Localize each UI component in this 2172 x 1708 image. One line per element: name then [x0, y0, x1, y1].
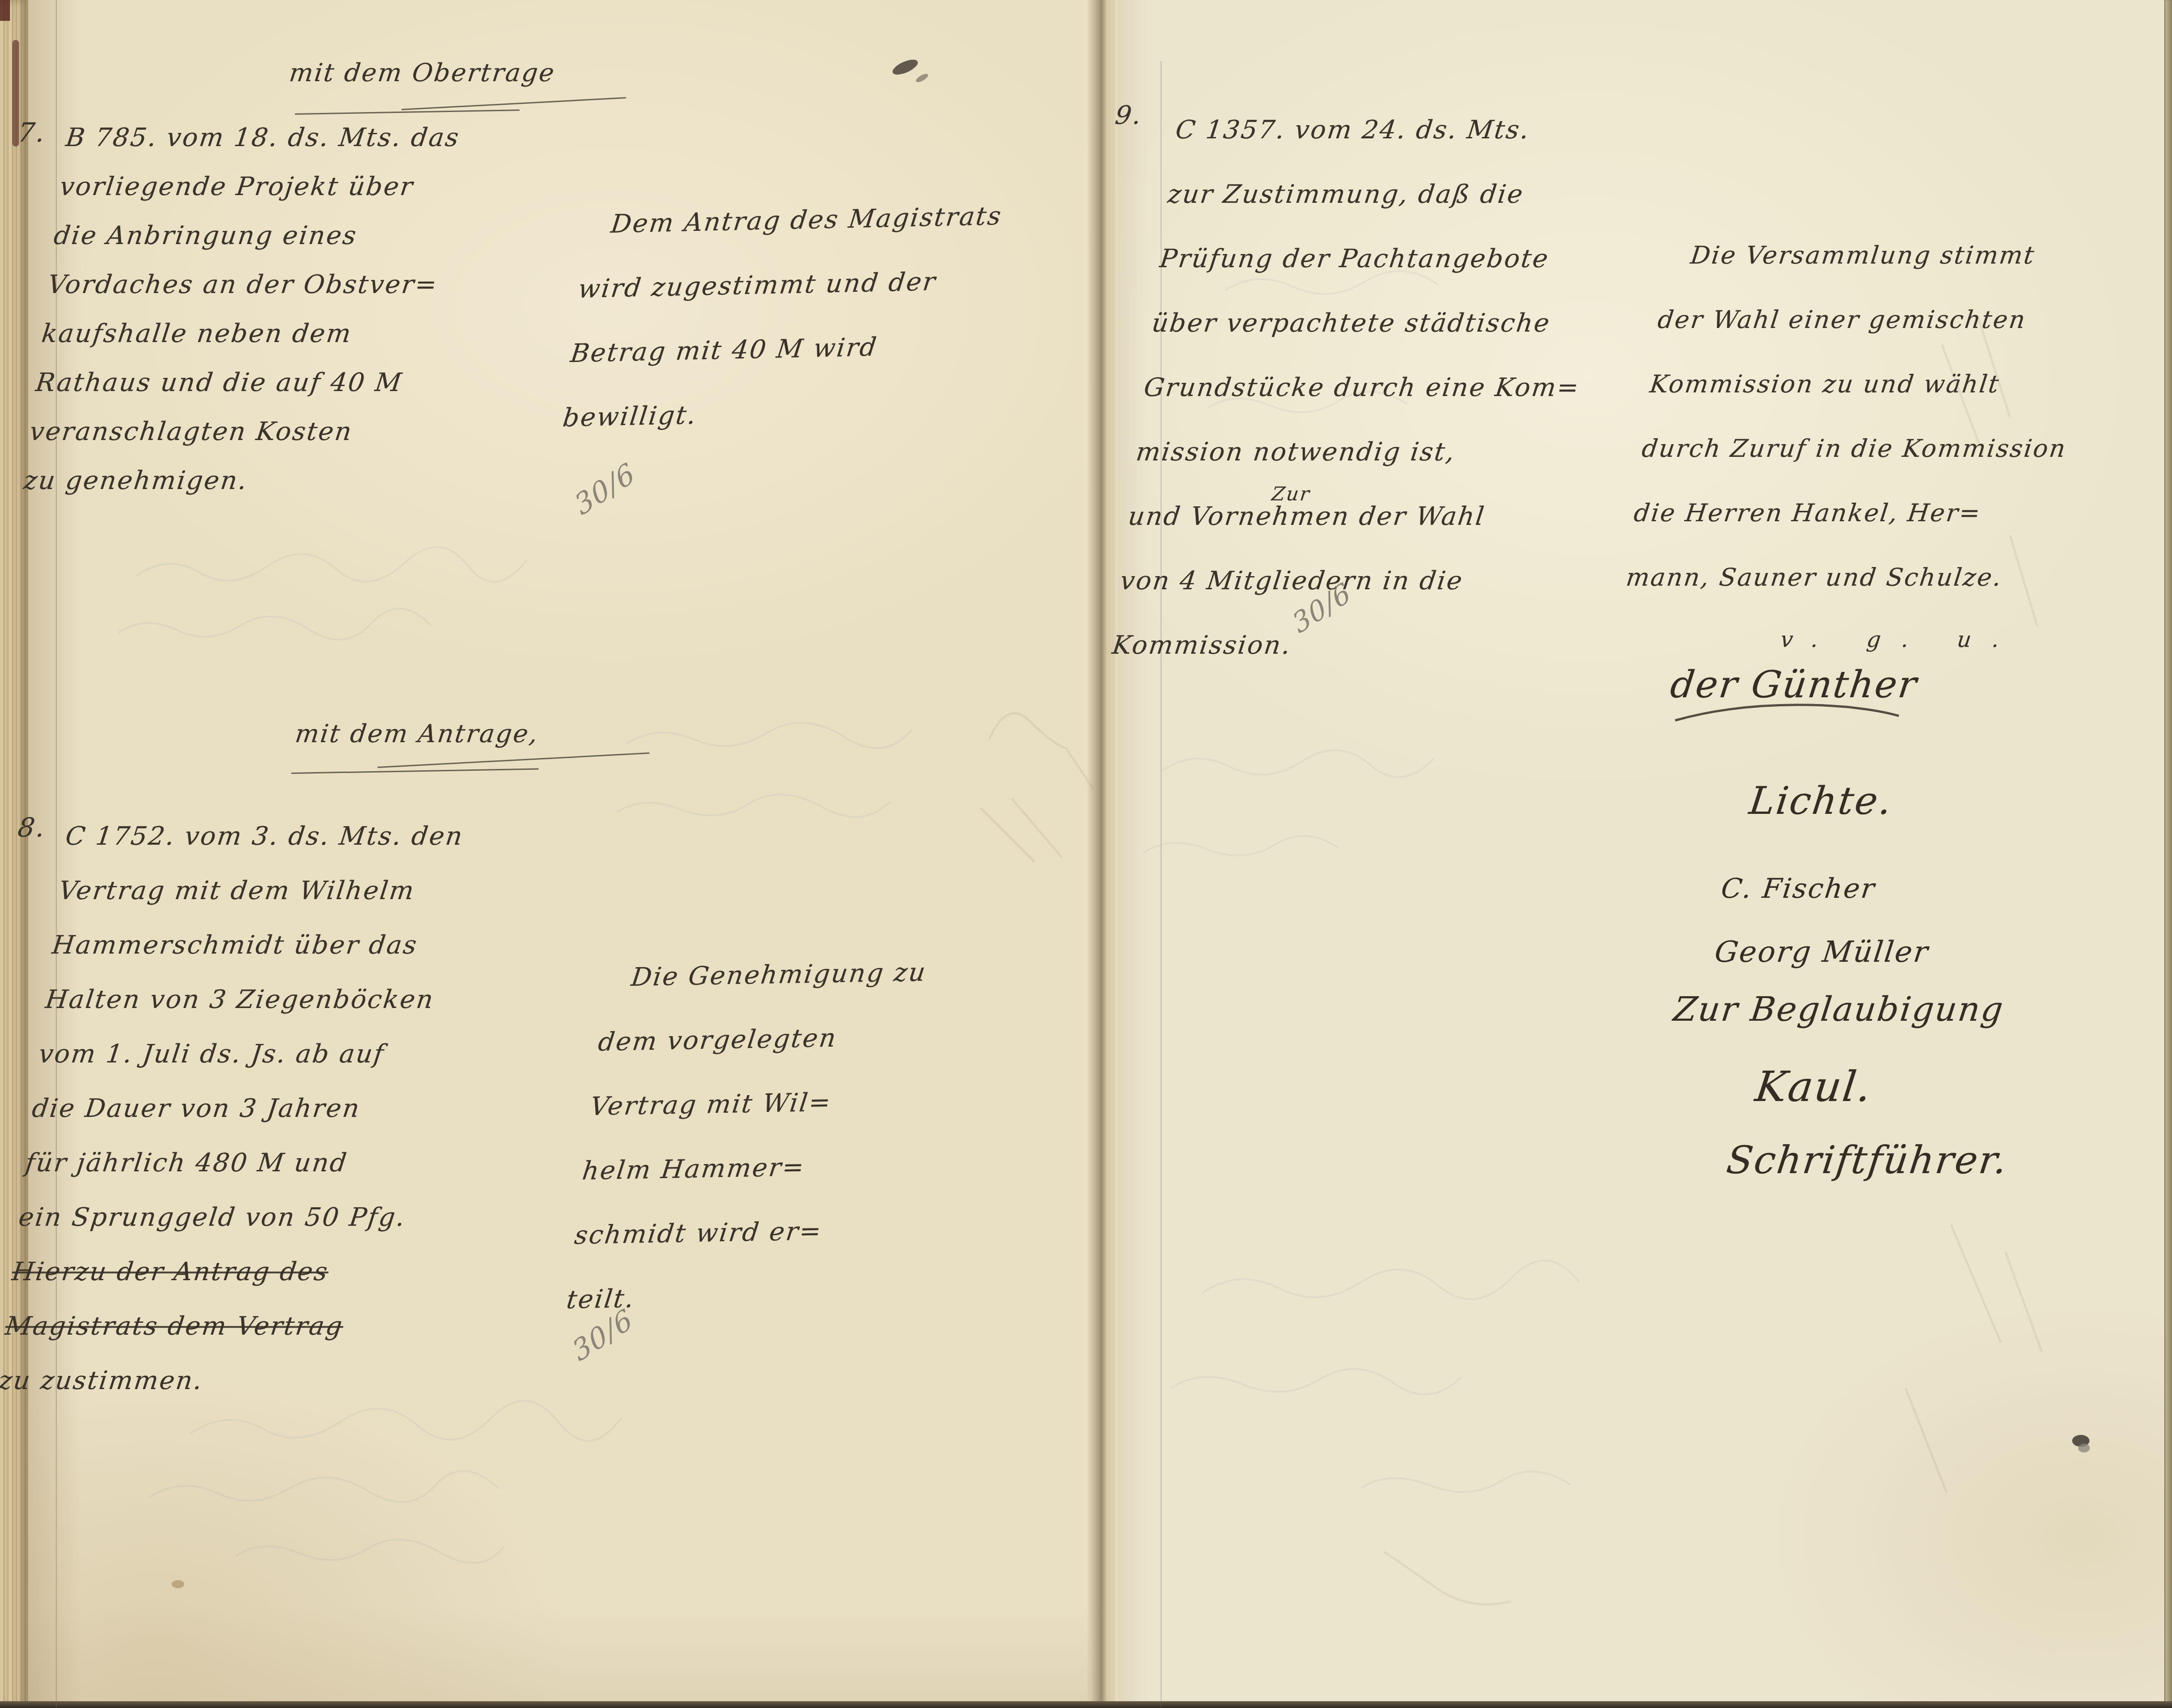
manuscript-line: Vertrag mit Wil= [587, 1067, 1022, 1139]
manuscript-line: zu zustimmen. [0, 1354, 529, 1408]
attestation-role: Schriftführer. [1724, 1138, 2010, 1182]
manuscript-line: bewilligt. [559, 377, 1017, 450]
entry9-decision: Die Versammlung stimmt der Wahl einer ge… [1622, 223, 2171, 610]
manuscript-line: über verpachtete städtische [1148, 291, 1641, 356]
manuscript-line: Die Genehmigung zu [603, 939, 1038, 1010]
manuscript-line: veranschlagten Kosten [27, 407, 550, 456]
manuscript-line: Halten von 3 Ziegenböcken [42, 973, 575, 1027]
book-spine-page-edges [0, 0, 28, 1708]
manuscript-line: durch Zuruf in die Kommission [1638, 416, 2147, 481]
manuscript-line: Dem Antrag des Magistrats [582, 183, 1040, 257]
entry9-inserted-word: Zur [1270, 483, 1312, 505]
manuscript-line: zu genehmigen. [21, 456, 544, 505]
manuscript-line: Prüfung der Pachtangebote [1156, 227, 1649, 291]
manuscript-line: Vordaches an der Obstver= [45, 260, 568, 309]
manuscript-line: vorliegende Projekt über [57, 162, 580, 211]
manuscript-line: die Herren Hankel, Her= [1630, 481, 2139, 545]
entry7-margin-annotation: mit dem Obertrage [288, 58, 663, 87]
manuscript-line: Rathaus und die auf 40 M [33, 358, 556, 407]
manuscript-line: wird zugestimmt und der [574, 248, 1033, 322]
manuscript-line: Vertrag mit dem Wilhelm [56, 864, 589, 918]
manuscript-line: Hammerschmidt über das [49, 918, 582, 973]
manuscript-line: Grundstücke durch eine Kom= [1140, 356, 1633, 420]
attestation-label: Zur Beglaubigung [1671, 990, 2006, 1029]
manuscript-line: zur Zustimmung, daß die [1164, 162, 1657, 227]
manuscript-line: helm Hammer= [579, 1132, 1014, 1204]
signature: Georg Müller [1713, 935, 1931, 969]
entry7-body: B 785. vom 18. ds. Mts. das vorliegende … [21, 113, 586, 505]
entry8-body: C 1752. vom 3. ds. Mts. den Vertrag mit … [0, 809, 595, 1408]
manuscript-line: Kommission. [1108, 613, 1602, 678]
entry8-number: 8. [16, 812, 48, 843]
manuscript-line: mann, Sauner und Schulze. [1622, 545, 2131, 610]
manuscript-line: der Wahl einer gemischten [1654, 288, 2163, 352]
manuscript-line: mission notwendig ist, [1132, 420, 1625, 485]
page-gutter-fold [1087, 0, 1118, 1708]
manuscript-line: B 785. vom 18. ds. Mts. das [63, 113, 586, 162]
manuscript-line: für jährlich 480 M und [22, 1136, 555, 1190]
entry9-body: C 1357. vom 24. ds. Mts. zur Zustimmung,… [1108, 98, 1665, 678]
signature: C. Fischer [1719, 873, 1878, 905]
manuscript-line: von 4 Mitgliedern in die [1117, 549, 1610, 613]
entry9-number: 9. [1113, 101, 1144, 130]
manuscript-line: und Vornehmen der Wahl [1124, 485, 1618, 549]
manuscript-line-struck: Magistrats dem Vertrag [2, 1299, 535, 1354]
manuscript-line: Betrag mit 40 M wird [567, 312, 1025, 386]
book-bottom-edge [0, 1701, 2172, 1708]
manuscript-line: dem vorgelegten [594, 1003, 1030, 1075]
signature-crossed-out: der Günther [1668, 663, 1920, 706]
document-scan: mit dem Obertrage 7. B 785. vom 18. ds. … [0, 0, 2172, 1708]
manuscript-line: C 1357. vom 24. ds. Mts. [1172, 98, 1665, 162]
approval-abbreviation: v. g. u. [1779, 627, 2021, 652]
manuscript-line-struck: Hierzu der Antrag des [9, 1245, 542, 1299]
manuscript-line: die Dauer von 3 Jahren [29, 1082, 562, 1136]
manuscript-line: schmidt wird er= [571, 1196, 1006, 1268]
manuscript-line: Die Versammlung stimmt [1662, 223, 2171, 288]
signature: Lichte. [1747, 778, 1895, 823]
manuscript-line: vom 1. Juli ds. Js. ab auf [35, 1027, 569, 1082]
entry7-decision: Dem Antrag des Magistrats wird zugestimm… [559, 183, 1040, 450]
entry8-margin-annotation: mit dem Antrage, [294, 719, 669, 748]
manuscript-line: kaufshalle neben dem [39, 309, 562, 358]
manuscript-line: Kommission zu und wählt [1646, 352, 2155, 416]
spine-binding-mark [0, 0, 10, 21]
manuscript-line: ein Sprunggeld von 50 Pfg. [15, 1190, 549, 1245]
attestation-signature: Kaul. [1753, 1062, 1875, 1111]
entry7-number: 7. [16, 117, 48, 148]
manuscript-line: C 1752. vom 3. ds. Mts. den [62, 809, 595, 864]
entry8-decision: Die Genehmigung zu dem vorgelegten Vertr… [563, 939, 1038, 1332]
manuscript-line: die Anbringung eines [51, 211, 574, 260]
